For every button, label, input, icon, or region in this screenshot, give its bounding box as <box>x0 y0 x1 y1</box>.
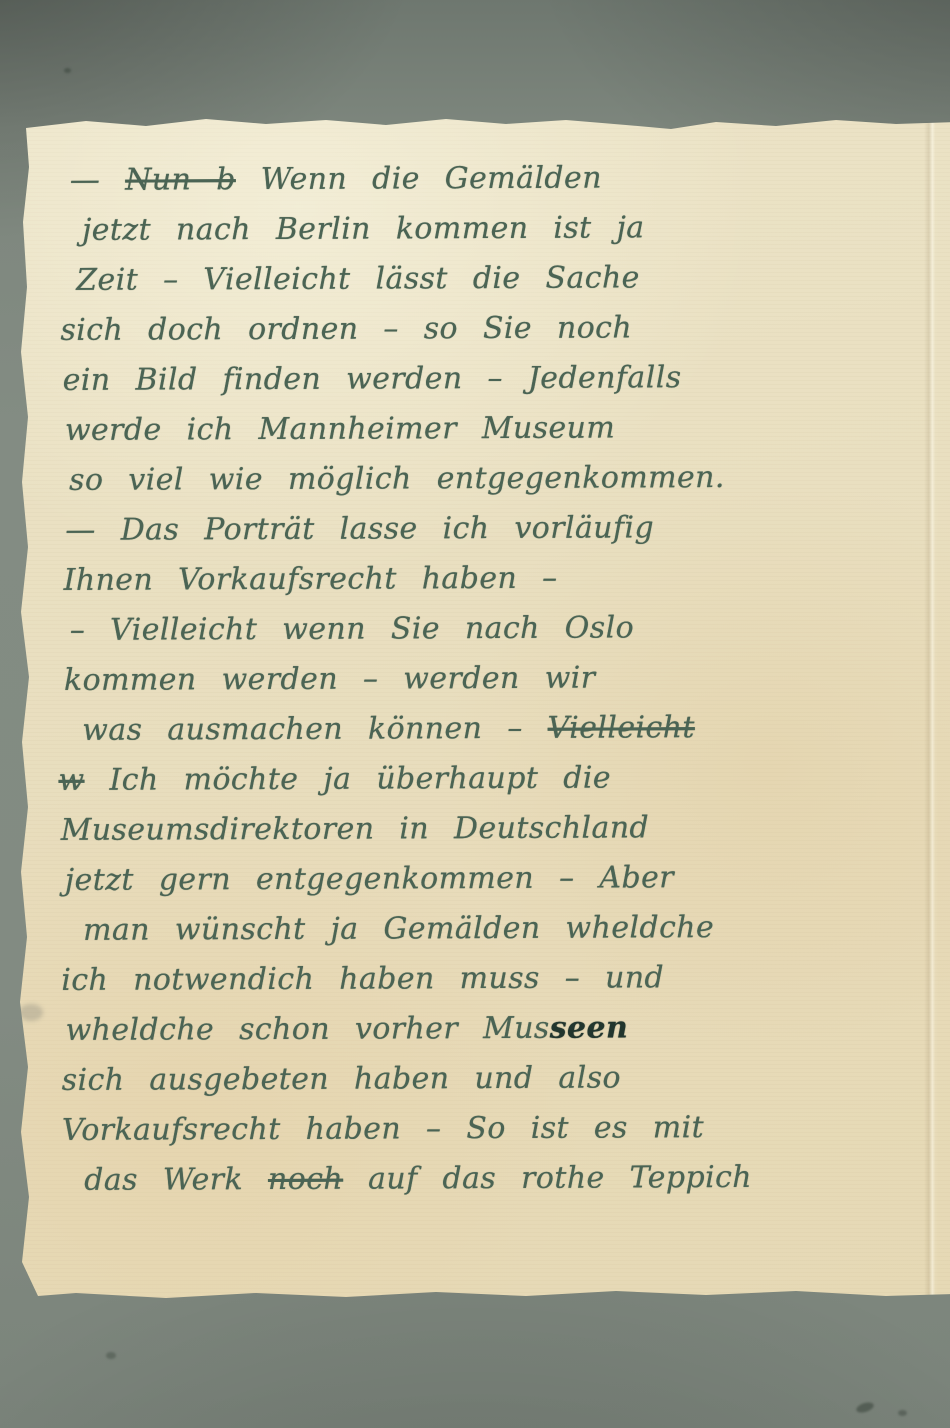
handwriting-segment: jetzt nach Berlin kommen ist ja <box>82 210 645 247</box>
handwriting-segment: was ausmachen können – <box>82 711 548 748</box>
handwriting-line: Museumsdirektoren in Deutschland <box>59 802 939 856</box>
paper-smudge <box>19 1004 43 1021</box>
handwriting-segment: so viel wie möglich entgegenkommen. <box>69 460 725 498</box>
handwriting-line: – Vielleicht wenn Sie nach Oslo <box>58 602 938 656</box>
handwriting-segment: Museumsdirektoren in Deutschland <box>61 810 650 848</box>
handwriting-line: — Das Porträt lasse ich vorläufig <box>57 502 937 556</box>
handwriting-segment: seen <box>550 1010 629 1045</box>
handwriting-segment: wheldche schon vorher <box>65 1011 483 1048</box>
handwriting-segment: jetzt gern entgegenkommen – Aber <box>65 860 674 898</box>
handwriting-segment: das Werk <box>84 1162 268 1198</box>
handwriting-line: Zeit – Vielleicht lässt die Sache <box>56 252 936 306</box>
background-blemish <box>106 1352 116 1359</box>
background-blemish <box>64 68 71 73</box>
handwriting-line: Ihnen Vorkaufsrecht haben – <box>57 552 937 606</box>
handwriting-segment: ich notwendich haben muss – und <box>61 960 664 998</box>
handwriting-line: ein Bild finden werden – Jedenfalls <box>57 352 937 406</box>
handwriting-line: was ausmachen können – Vielleicht <box>58 702 938 756</box>
handwriting-segment: Zeit – Vielleicht lässt die Sache <box>76 260 640 297</box>
handwriting-segment-struck: Nun b <box>125 162 236 197</box>
handwriting-segment: auf das rothe Teppich <box>343 1160 752 1197</box>
background-blemish <box>898 1410 907 1416</box>
handwriting-line: so viel wie möglich entgegenkommen. <box>57 452 937 506</box>
handwriting-line: jetzt gern entgegenkommen – Aber <box>59 852 939 906</box>
background-blemish <box>855 1400 875 1414</box>
handwriting-line: ich notwendich haben muss – und <box>59 952 939 1006</box>
handwriting-line: sich doch ordnen – so Sie noch <box>56 302 936 356</box>
letter-paper: — Nun b Wenn die Gemäldenjetzt nach Berl… <box>16 112 950 1300</box>
handwriting-segment-struck: w <box>58 763 84 798</box>
handwriting-line: w Ich möchte ja überhaupt die <box>58 752 938 806</box>
handwriting-segment: Vorkaufsrecht haben – So ist es mit <box>62 1110 704 1148</box>
letter-text: — Nun b Wenn die Gemäldenjetzt nach Berl… <box>56 152 941 1206</box>
handwriting-segment: Mus <box>483 1011 550 1046</box>
handwriting-line: Vorkaufsrecht haben – So ist es mit <box>60 1102 940 1156</box>
handwriting-segment: sich doch ordnen – so Sie noch <box>60 310 632 347</box>
handwriting-segment: Ich möchte ja überhaupt die <box>84 761 611 798</box>
handwriting-segment: man wünscht ja Gemälden wheldche <box>83 910 714 948</box>
handwriting-line: — Nun b Wenn die Gemälden <box>56 152 936 206</box>
handwriting-segment: — Das Porträt lasse ich vorläufig <box>65 510 654 548</box>
handwriting-segment-struck: Vielleicht <box>548 710 695 746</box>
handwriting-segment: kommen werden – werden wir <box>64 661 596 698</box>
handwriting-line: wheldche schon vorher Musseen <box>59 1002 939 1056</box>
photo-scene: — Nun b Wenn die Gemäldenjetzt nach Berl… <box>0 0 950 1428</box>
handwriting-segment: — <box>70 163 125 198</box>
handwriting-segment: – Vielleicht wenn Sie nach Oslo <box>70 610 634 647</box>
handwriting-segment: sich ausgebeten haben und also <box>62 1060 621 1097</box>
handwriting-line: jetzt nach Berlin kommen ist ja <box>56 202 936 256</box>
handwriting-line: das Werk noch auf das rothe Teppich <box>60 1152 940 1206</box>
handwriting-segment: werde ich Mannheimer Museum <box>65 410 615 447</box>
handwriting-line: kommen werden – werden wir <box>58 652 938 706</box>
handwriting-segment: Ihnen Vorkaufsrecht haben – <box>63 561 557 598</box>
handwriting-line: man wünscht ja Gemälden wheldche <box>59 902 939 956</box>
handwriting-line: sich ausgebeten haben und also <box>60 1052 940 1106</box>
handwriting-line: werde ich Mannheimer Museum <box>57 402 937 456</box>
handwriting-segment: ein Bild finden werden – Jedenfalls <box>63 360 682 398</box>
handwriting-segment: Wenn die Gemälden <box>236 161 602 198</box>
handwriting-segment-struck: noch <box>268 1162 343 1197</box>
